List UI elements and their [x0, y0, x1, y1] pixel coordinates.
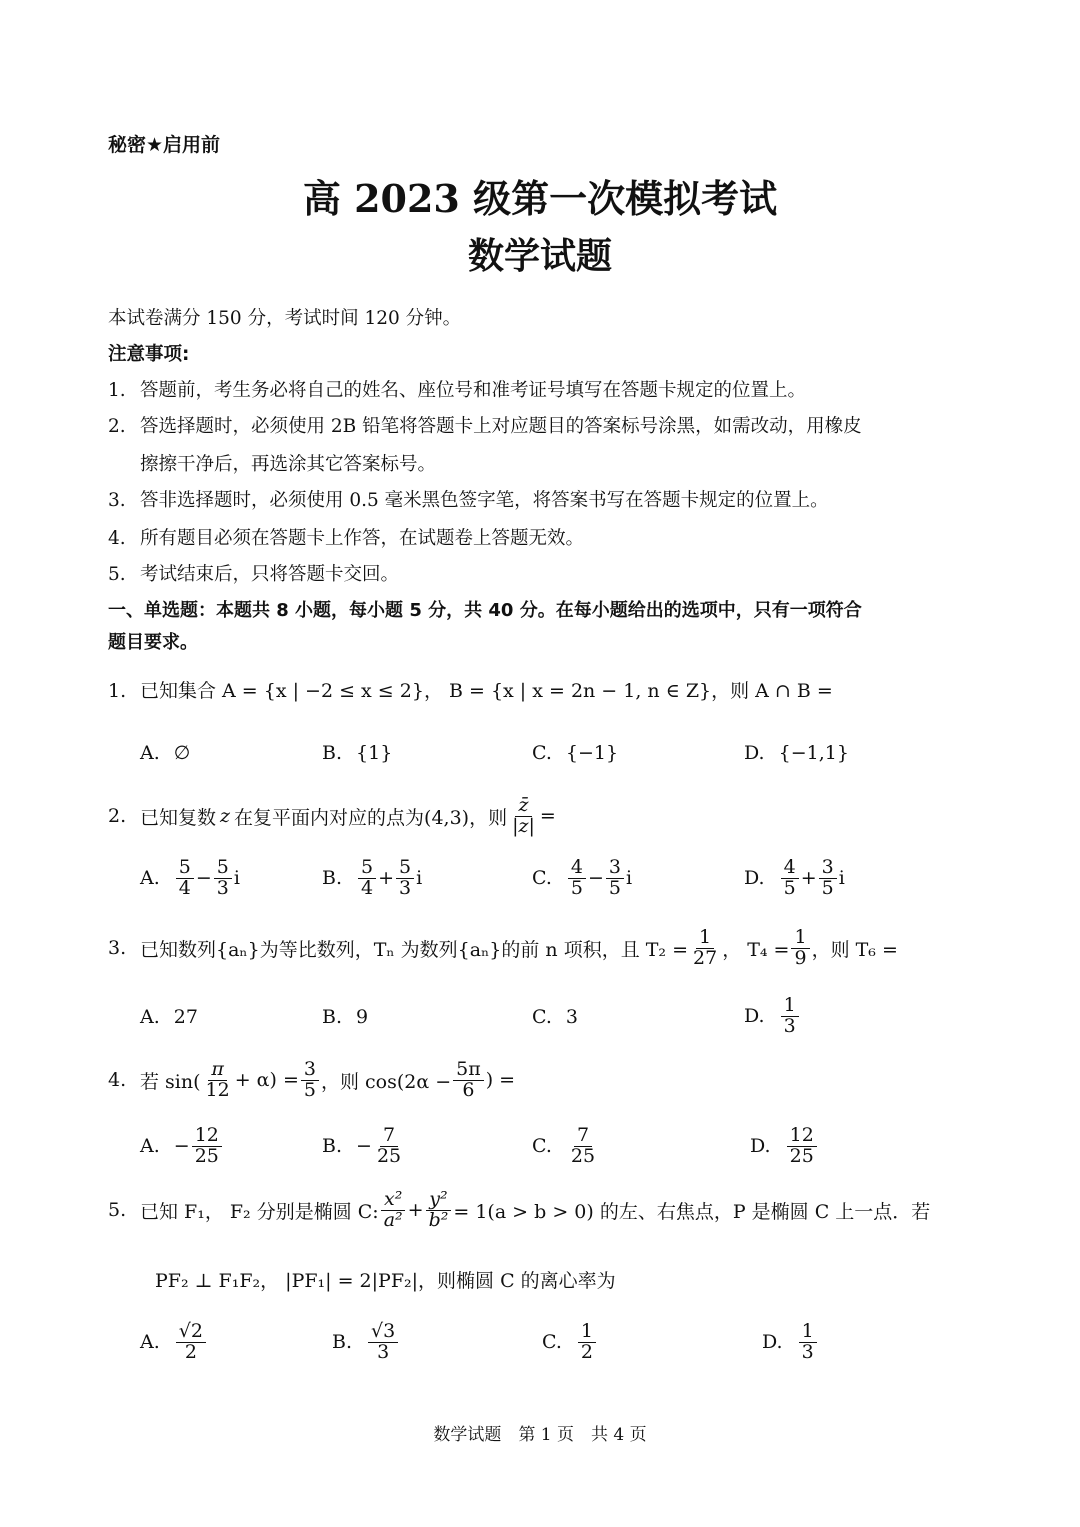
notice-text: 答非选择题时，必须使用 0.5 毫米黑色签字笔，将答案书写在答题卡规定的位置上。 [140, 490, 829, 511]
option-c[interactable]: C.725 [532, 1126, 600, 1167]
section-heading: 一、单选题：本题共 8 小题，每小题 5 分，共 40 分。在每小题给出的选项中… [108, 596, 862, 622]
option-a[interactable]: A.√22 [140, 1322, 208, 1363]
option-c[interactable]: C.12 [542, 1322, 598, 1363]
question-2: 2. 已知复数 z 在复平面内对应的点为(4,3)，则 z̄|z| = [108, 796, 556, 837]
option-a[interactable]: A.−1225 [140, 1126, 224, 1167]
notice-item: 4.所有题目必须在答题卡上作答，在试题卷上答题无效。 [108, 524, 584, 550]
option-d[interactable]: D.13 [762, 1322, 819, 1363]
page-footer: 数学试题 第 1 页 共 4 页 [0, 1420, 1080, 1445]
exam-subtitle: 数学试题 [0, 228, 1080, 279]
option-value: {−1} [566, 742, 618, 764]
option-b[interactable]: B.9 [322, 1006, 368, 1028]
question-4: 4. 若 sin( π12 + α) = 35 ，则 cos(2α − 5π6 … [108, 1060, 515, 1101]
notice-number: 3. [108, 490, 140, 511]
notice-item: 5.考试结束后，只将答题卡交回。 [108, 560, 399, 586]
notice-item: 3.答非选择题时，必须使用 0.5 毫米黑色签字笔，将答案书写在答题卡规定的位置… [108, 486, 829, 512]
option-b[interactable]: B.√33 [332, 1322, 400, 1363]
option-b[interactable]: B.−725 [322, 1126, 406, 1167]
notice-heading: 注意事项: [108, 340, 189, 366]
option-c[interactable]: C.3 [532, 1006, 578, 1028]
option-value: {1} [356, 742, 392, 764]
question-stem: 已知集合 A = {x | −2 ≤ x ≤ 2}， B = {x | x = … [140, 680, 833, 702]
question-number: 1. [108, 680, 140, 702]
notice-number: 1. [108, 380, 140, 401]
question-1: 1.已知集合 A = {x | −2 ≤ x ≤ 2}， B = {x | x … [108, 676, 833, 703]
notice-item: 1.答题前，考生务必将自己的姓名、座位号和准考证号填写在答题卡规定的位置上。 [108, 376, 806, 402]
notice-continuation: 擦擦干净后，再选涂其它答案标号。 [140, 450, 436, 476]
option-value: ∅ [174, 742, 191, 764]
exam-title: 高 2023 级第一次模拟考试 [0, 168, 1080, 223]
option-a[interactable]: A.27 [140, 1006, 198, 1028]
question-5: 5. 已知 F₁， F₂ 分别是椭圆 C: x²a² + y²b² = 1(a … [108, 1190, 930, 1231]
notice-number: 5. [108, 564, 140, 585]
option-d[interactable]: D.13 [744, 996, 801, 1037]
question-5-line2: PF₂ ⊥ F₁F₂， |PF₁| = 2|PF₂|，则椭圆 C 的离心率为 [155, 1266, 616, 1293]
option-b[interactable]: B.{1} [322, 742, 392, 764]
notice-text: 考试结束后，只将答题卡交回。 [140, 564, 399, 585]
option-d[interactable]: D.{−1,1} [744, 742, 849, 764]
option-c[interactable]: C. 45 − 35 i [532, 858, 632, 899]
notice-number: 2. [108, 416, 140, 437]
notice-text: 答题前，考生务必将自己的姓名、座位号和准考证号填写在答题卡规定的位置上。 [140, 380, 806, 401]
notice-item: 2.答选择题时，必须使用 2B 铅笔将答题卡上对应题目的答案标号涂黑，如需改动，… [108, 412, 862, 438]
option-b[interactable]: B. 54 + 53 i [322, 858, 422, 899]
option-a[interactable]: A. 54 − 53 i [140, 858, 240, 899]
option-a[interactable]: A.∅ [140, 742, 190, 764]
notice-text: 答选择题时，必须使用 2B 铅笔将答题卡上对应题目的答案标号涂黑，如需改动，用橡… [140, 416, 862, 437]
option-d[interactable]: D.1225 [750, 1126, 819, 1167]
notice-text: 所有题目必须在答题卡上作答，在试题卷上答题无效。 [140, 528, 584, 549]
intro-text: 本试卷满分 150 分，考试时间 120 分钟。 [108, 304, 461, 330]
question-3: 3. 已知数列{aₙ}为等比数列，Tₙ 为数列{aₙ}的前 n 项积，且 T₂ … [108, 928, 898, 969]
notice-number: 4. [108, 528, 140, 549]
option-d[interactable]: D. 45 + 35 i [744, 858, 845, 899]
section-heading-cont: 题目要求。 [108, 628, 198, 654]
option-value: {−1,1} [779, 742, 849, 764]
confidential-label: 秘密★启用前 [108, 130, 220, 157]
fraction: z̄|z| [509, 796, 538, 837]
option-c[interactable]: C.{−1} [532, 742, 618, 764]
